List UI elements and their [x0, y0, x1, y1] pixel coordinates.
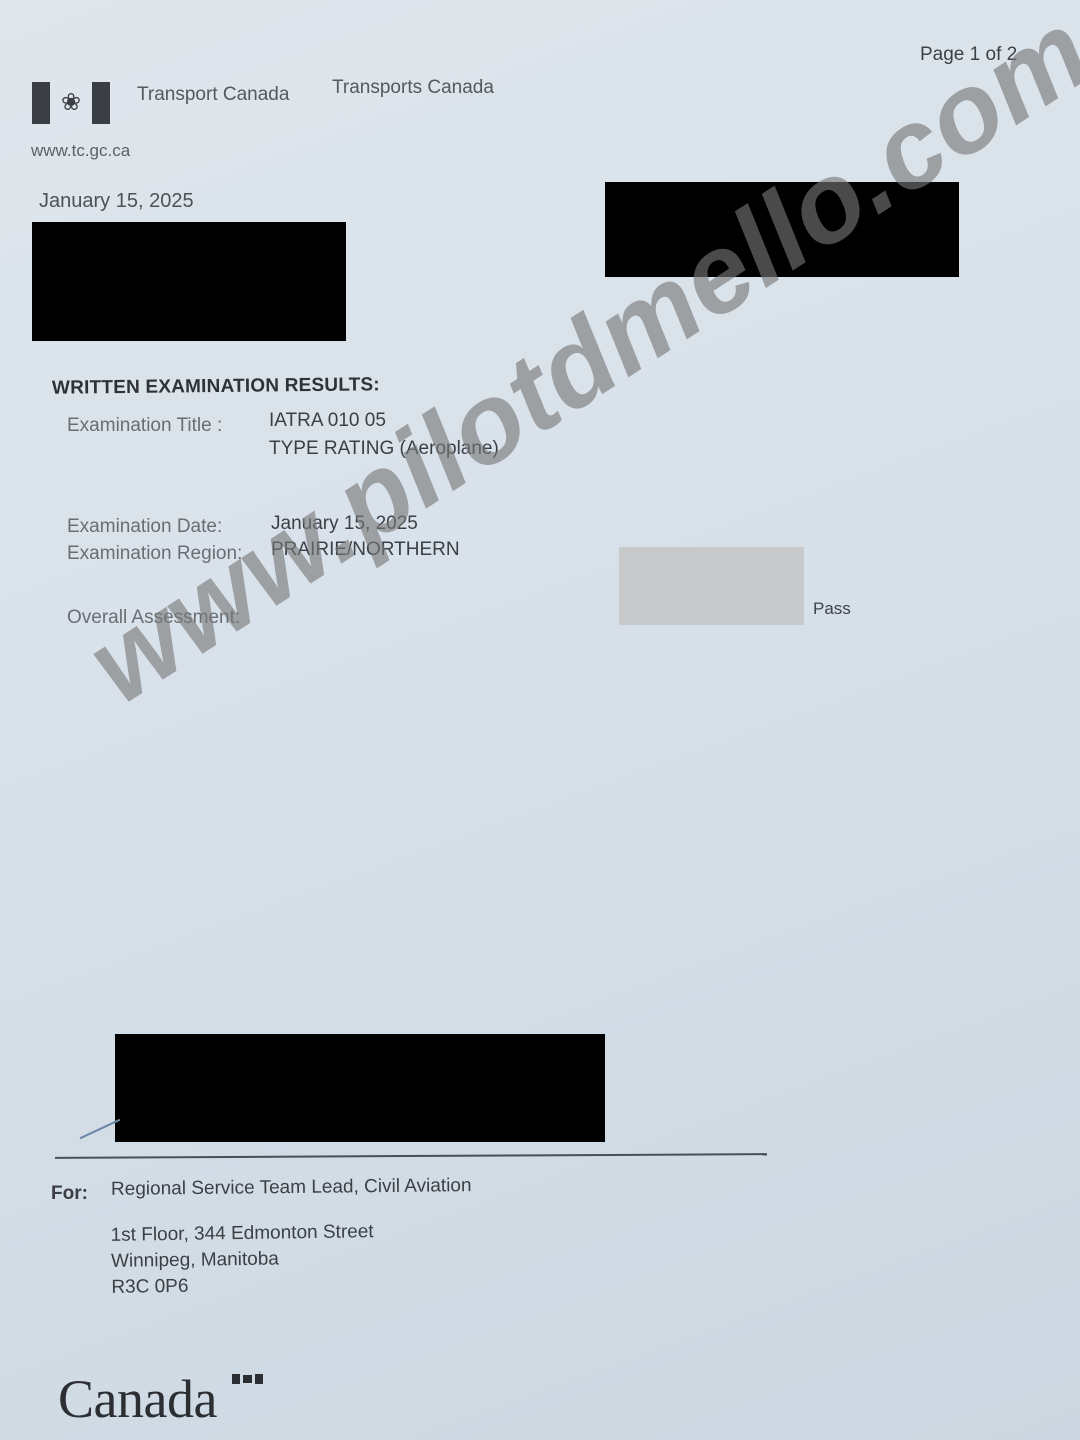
for-label: For:	[51, 1183, 88, 1205]
watermark: www.pilotdmello.com	[65, 0, 1080, 729]
department-name-fr: Transports Canada	[332, 77, 494, 99]
department-name-en: Transport Canada	[137, 84, 289, 106]
canada-wordmark: Canada	[58, 1368, 217, 1430]
redacted-recipient-block	[32, 222, 346, 341]
redacted-signature-block	[115, 1034, 605, 1142]
signature-line	[55, 1153, 767, 1159]
address-line: R3C 0P6	[111, 1271, 374, 1301]
address-line: Winnipeg, Manitoba	[111, 1245, 374, 1275]
redacted-score-block	[619, 547, 804, 625]
website-url: www.tc.gc.ca	[31, 141, 130, 161]
overall-assessment-value: Pass	[813, 599, 851, 619]
letter-date: January 15, 2025	[39, 190, 194, 213]
exam-title-label: Examination Title :	[67, 415, 222, 437]
address-line: 1st Floor, 344 Edmonton Street	[110, 1219, 373, 1249]
section-title: WRITTEN EXAMINATION RESULTS:	[52, 374, 380, 399]
canada-wordmark-flag-icon	[232, 1374, 264, 1386]
mailing-address: 1st Floor, 344 Edmonton Street Winnipeg,…	[110, 1219, 374, 1301]
signatory-title: Regional Service Team Lead, Civil Aviati…	[111, 1175, 472, 1201]
canada-flag-icon: ❀	[32, 82, 110, 124]
